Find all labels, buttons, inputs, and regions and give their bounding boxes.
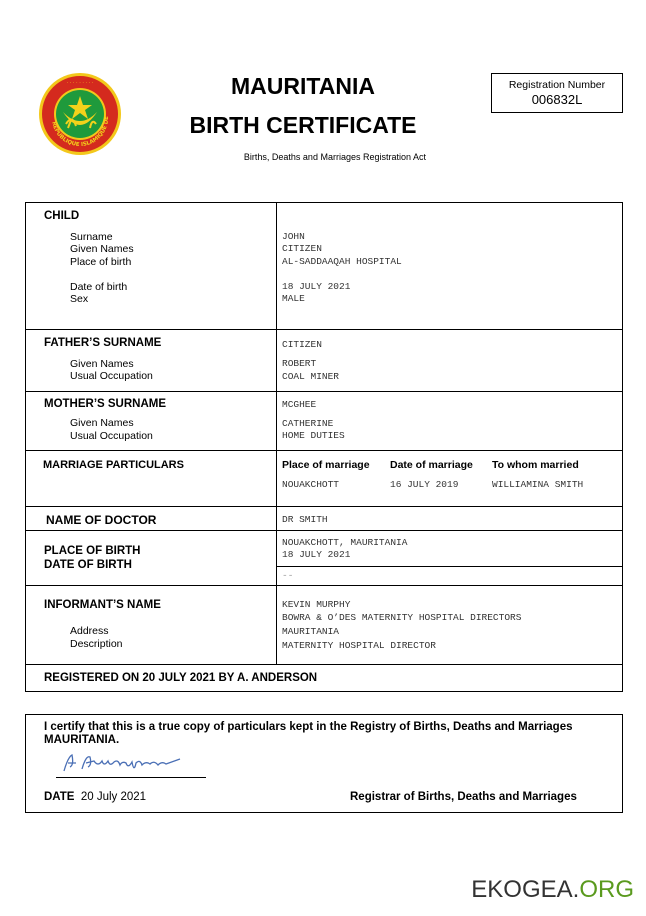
registration-number-label: Registration Number	[492, 79, 622, 91]
mother-occupation: HOME DUTIES	[282, 430, 345, 443]
father-label-occupation: Usual Occupation	[70, 370, 153, 383]
date-of-birth-heading: DATE OF BIRTH	[44, 559, 132, 571]
registered-statement: REGISTERED ON 20 JULY 2021 BY A. ANDERSO…	[44, 672, 317, 684]
marriage-place: NOUAKCHOTT	[282, 479, 339, 492]
father-label-given-names: Given Names	[70, 358, 134, 371]
birth-date: 18 JULY 2021	[282, 549, 350, 562]
marriage-col-spouse: To whom married	[492, 459, 579, 471]
child-surname: JOHN	[282, 231, 305, 244]
child-label-surname: Surname	[70, 231, 113, 244]
father-given-names: ROBERT	[282, 358, 316, 371]
child-label-sex: Sex	[70, 293, 88, 306]
marriage-col-date: Date of marriage	[390, 459, 473, 471]
signature	[60, 751, 190, 780]
informant-description: MATERNITY HOSPITAL DIRECTOR	[282, 640, 436, 653]
birth-extra: --	[282, 570, 293, 583]
father-surname: CITIZEN	[282, 339, 322, 352]
informant-name: KEVIN MURPHY	[282, 599, 350, 612]
mother-label-occupation: Usual Occupation	[70, 430, 153, 443]
mother-label-given-names: Given Names	[70, 417, 134, 430]
child-label-given-names: Given Names	[70, 243, 134, 256]
date-label: DATE	[44, 791, 74, 803]
doctor-heading: NAME OF DOCTOR	[46, 513, 156, 527]
child-label-place: Place of birth	[70, 256, 131, 269]
place-of-birth-heading: PLACE OF BIRTH	[44, 545, 140, 557]
child-place-of-birth: AL-SADDAAQAH HOSPITAL	[282, 256, 402, 269]
watermark-part2: ORG	[579, 876, 634, 903]
registration-act: Births, Deaths and Marriages Registratio…	[180, 152, 426, 162]
informant-heading: INFORMANT’S NAME	[44, 599, 161, 611]
child-date-of-birth: 18 JULY 2021	[282, 281, 350, 294]
child-given-names: CITIZEN	[282, 243, 322, 256]
certification-text: I certify that this is a true copy of pa…	[44, 721, 614, 747]
registration-number-box: Registration Number 006832L	[491, 73, 623, 113]
date-value: 20 July 2021	[81, 791, 146, 803]
registrar-title: Registrar of Births, Deaths and Marriage…	[350, 791, 577, 803]
registration-number: 006832L	[492, 92, 622, 107]
signature-line	[56, 777, 206, 778]
certification-date: DATE 20 July 2021	[44, 791, 146, 803]
country-title: MAURITANIA	[180, 73, 426, 100]
birth-place: NOUAKCHOTT, MAURITANIA	[282, 537, 407, 550]
father-heading: FATHER’S SURNAME	[44, 337, 161, 349]
particulars-table: CHILD Surname Given Names Place of birth…	[25, 202, 623, 692]
informant-label-description: Description	[70, 638, 123, 651]
mother-surname: MCGHEE	[282, 399, 316, 412]
doctor-name: DR SMITH	[282, 514, 328, 527]
informant-address-line2: MAURITANIA	[282, 626, 339, 639]
svg-text:· · · · · · · · ·: · · · · · · · · ·	[66, 80, 93, 86]
child-sex: MALE	[282, 293, 305, 306]
mother-given-names: CATHERINE	[282, 418, 333, 431]
marriage-spouse: WILLIAMINA SMITH	[492, 479, 583, 492]
document-title: BIRTH CERTIFICATE	[180, 112, 426, 139]
certification-line1: I certify that this is a true copy of pa…	[44, 721, 614, 734]
coat-of-arms-icon: · · · · · · · · · RÉPUBLIQUE ISLAMIQUE D…	[38, 72, 122, 156]
child-heading: CHILD	[44, 210, 79, 222]
certification-line2: MAURITANIA.	[44, 734, 614, 747]
mother-heading: MOTHER’S SURNAME	[44, 398, 166, 410]
certification-box: I certify that this is a true copy of pa…	[25, 714, 623, 813]
informant-address-line1: BOWRA & O’DES MATERNITY HOSPITAL DIRECTO…	[282, 612, 521, 625]
marriage-date: 16 JULY 2019	[390, 479, 458, 492]
watermark-part1: EKOGEA.	[471, 876, 579, 903]
informant-label-address: Address	[70, 625, 109, 638]
marriage-col-place: Place of marriage	[282, 459, 370, 471]
marriage-heading: MARRIAGE PARTICULARS	[43, 459, 184, 471]
father-occupation: COAL MINER	[282, 371, 339, 384]
watermark-logo: EKOGEA.ORG	[471, 876, 634, 904]
child-label-dob: Date of birth	[70, 281, 127, 294]
